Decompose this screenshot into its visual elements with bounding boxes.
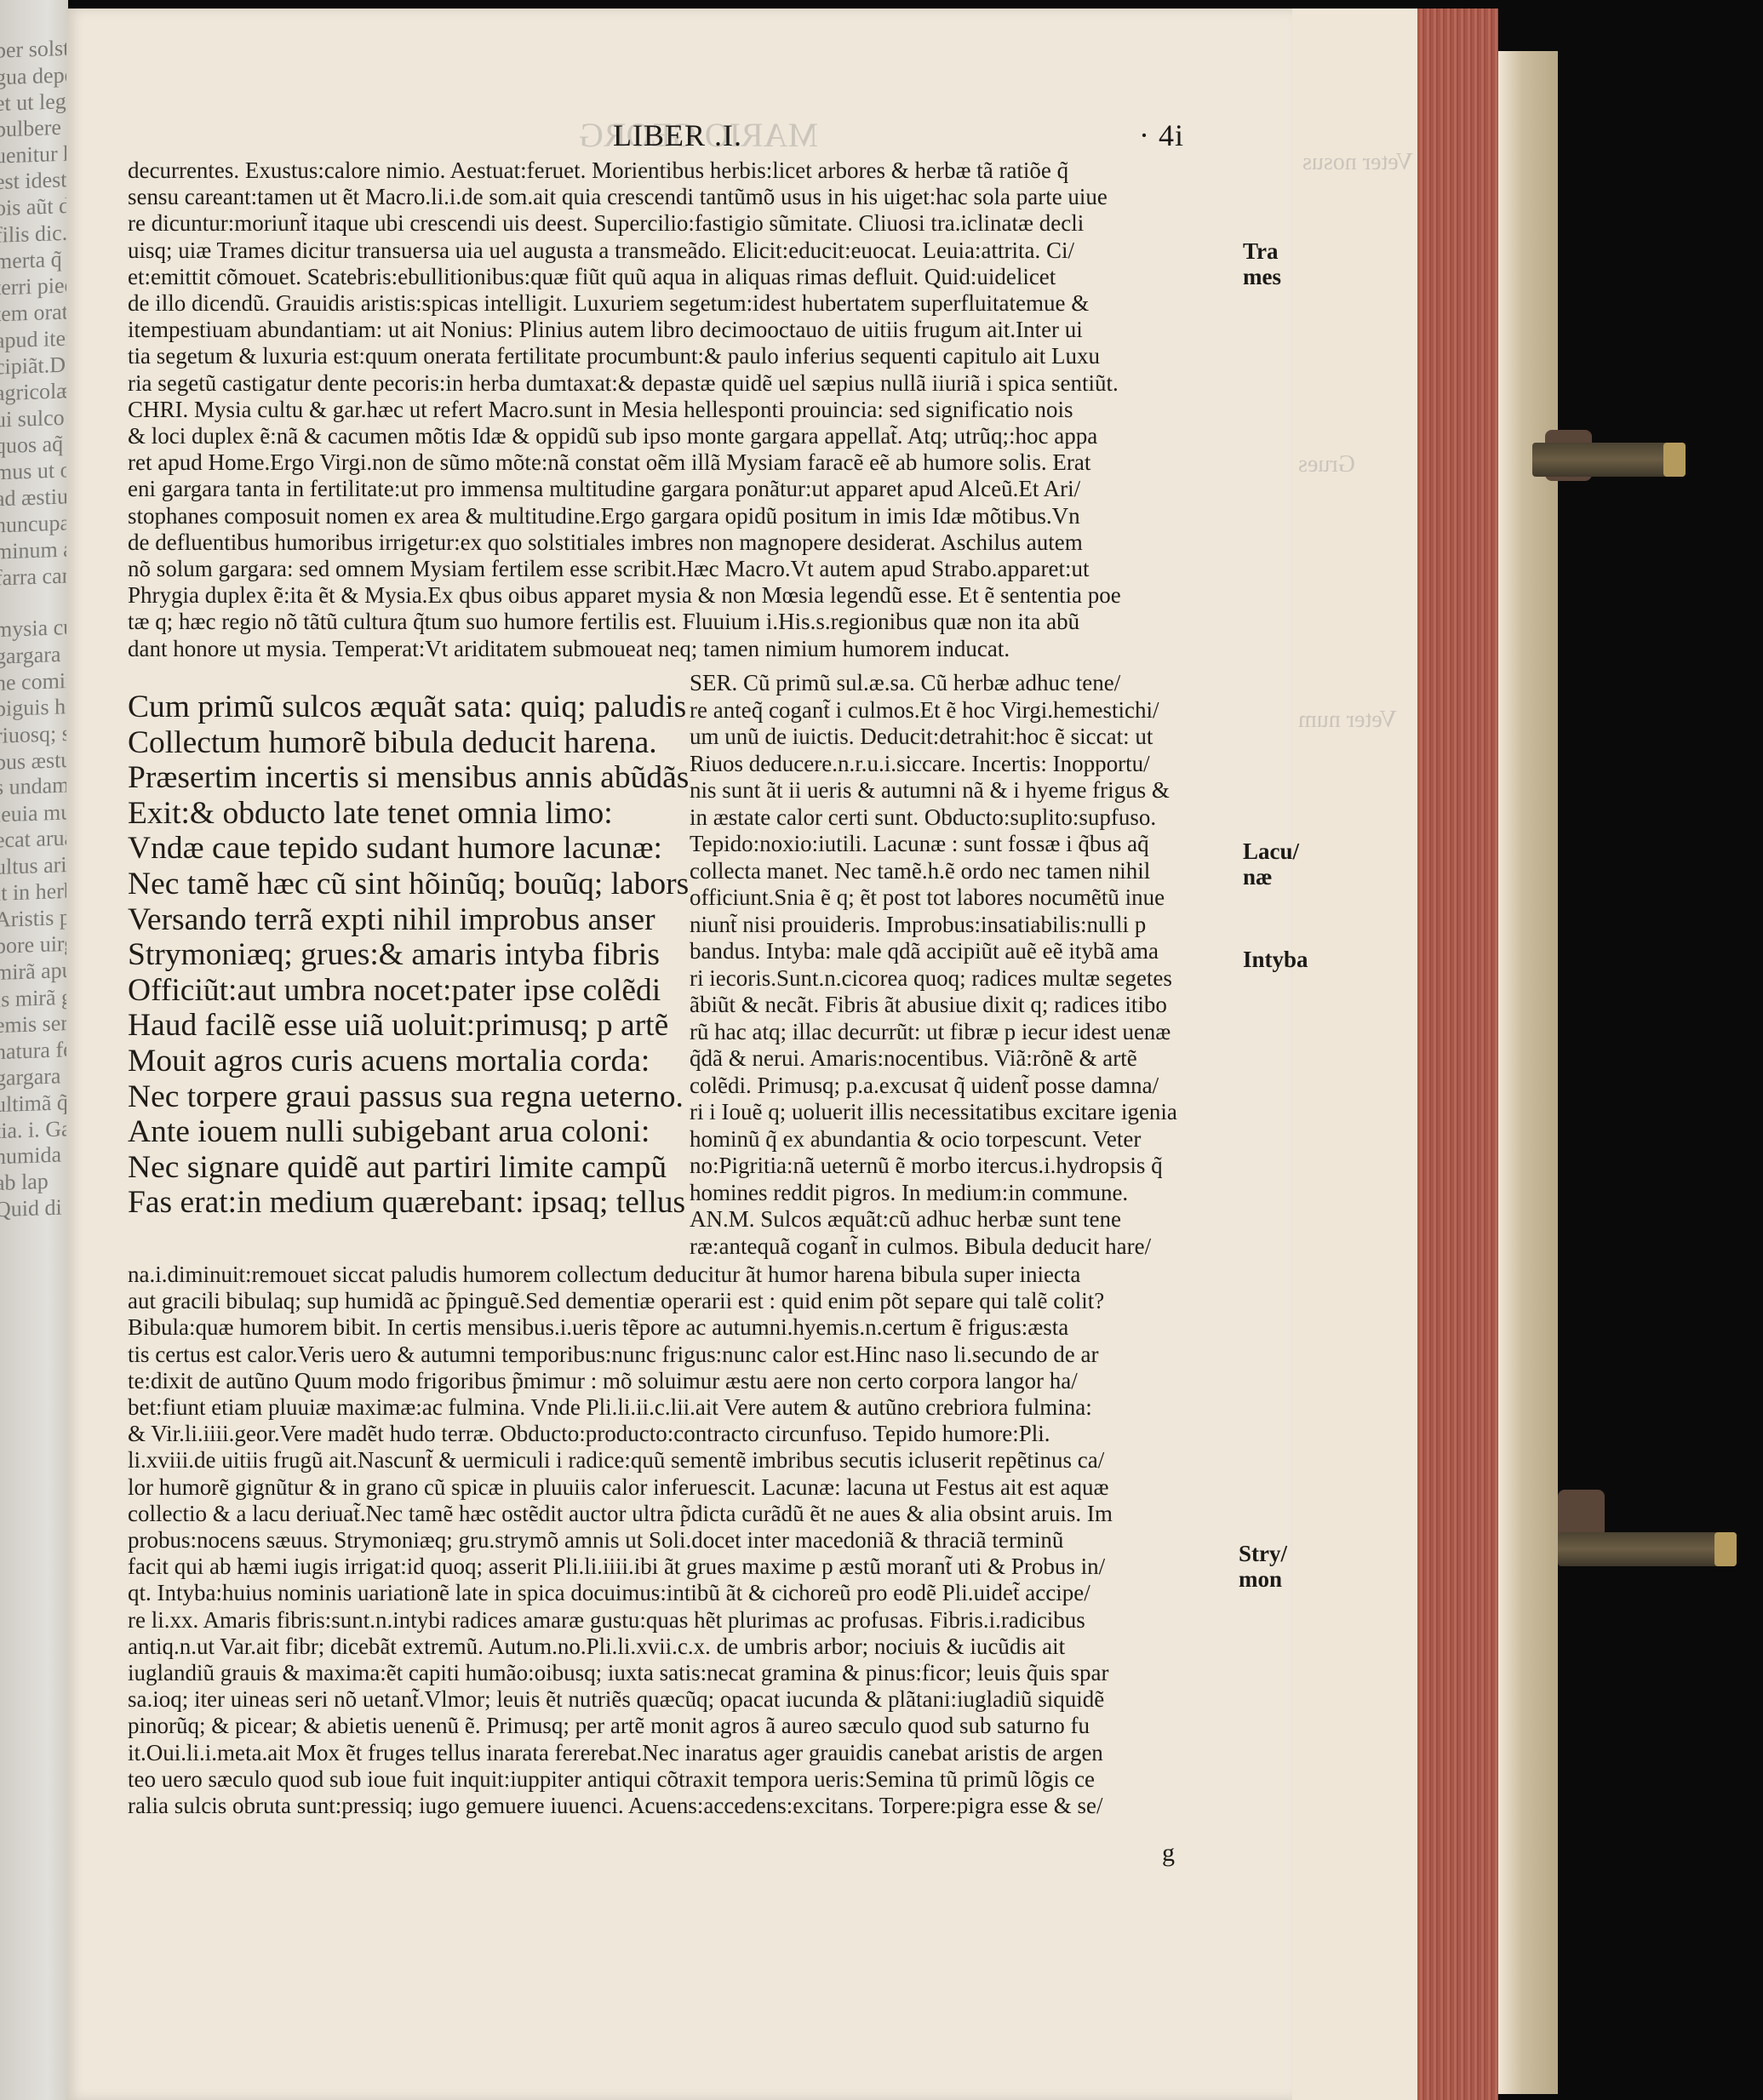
commentary-line: SER. Cũ primũ sul.æ.sa. Cũ herbæ adhuc t… [690, 670, 1177, 697]
verse-line: Nec tamẽ hæc cũ sint hõinũq; bouũq; labo… [128, 867, 689, 902]
commentary-bottom: na.i.diminuit:remouet siccat paludis hum… [128, 1262, 1113, 1819]
left-page-fragment: Quid di [0, 1194, 62, 1223]
commentary-line: & Vir.li.iiii.geor.Vere madẽt hudo terræ… [128, 1421, 1113, 1447]
commentary-line: ralia sulcis obruta sunt:pressiq; iugo g… [128, 1793, 1113, 1819]
commentary-right-column: SER. Cũ primũ sul.æ.sa. Cũ herbæ adhuc t… [690, 670, 1177, 1260]
left-page-fragment: minum ante oĩa qua [0, 532, 68, 564]
commentary-line: sensu careant:tamen ut ẽt Macro.li.i.de … [128, 184, 1121, 210]
left-page-fragment: Aristis pro [0, 903, 68, 933]
commentary-line: pinorũq; & picear; & abietis uenenũ ẽ. P… [128, 1713, 1113, 1739]
show-through-note-1: Veter nosus [1302, 149, 1413, 176]
left-page-fragment: mirã aputel [0, 956, 68, 986]
commentary-line: q̃dã & nerui. Amaris:nocentibus. Viã:rõn… [690, 1045, 1177, 1073]
left-page-fragment: ab lap [0, 1168, 49, 1196]
commentary-line: de illo dicendũ. Grauidis aristis:spicas… [128, 290, 1121, 317]
left-page-fragment: terri piedi quã sol q̃ [0, 268, 68, 300]
page-margin-right [1292, 9, 1420, 2100]
commentary-line: et:emittit cõmouet. Scatebris:ebullition… [128, 264, 1121, 290]
red-fore-edge [1417, 9, 1498, 2100]
commentary-line: probus:nocens sæuus. Strymoniæq; gru.str… [128, 1527, 1113, 1554]
margin-note-trames: Tra mes [1243, 238, 1281, 289]
verse-line: Nec signare quidẽ aut partiri limite cam… [128, 1150, 689, 1186]
commentary-line: rũ hac atq; illac decurrũt: ut fibræ p i… [690, 1019, 1177, 1046]
commentary-line: qt. Intyba:huius nominis uariationẽ late… [128, 1580, 1113, 1606]
left-page-fragment: ecat arua [0, 824, 68, 853]
left-page-fragment: per solstitiales nitibu [0, 31, 68, 64]
commentary-line: bandus. Intyba: male qdã accipiũt auẽ eẽ… [690, 938, 1177, 965]
verse-line: Præsertim incertis si mensibus annis abũ… [128, 760, 689, 796]
commentary-line: collecta manet. Nec tamẽ.h.ẽ ordo nec ta… [690, 858, 1177, 885]
left-page-fragment: est idest fertilissi. [0, 163, 68, 195]
commentary-line: Tepido:noxio:iutili. Lacunæ : sunt fossæ… [690, 831, 1177, 858]
left-page-fragment: leuia murmur [0, 798, 68, 828]
left-page-fragment: ad æstiuũ tamẽ tim [0, 480, 68, 512]
left-page-fragment: is mirã gargara [0, 981, 68, 1012]
left-page-fragment: gargara uer [0, 1061, 68, 1091]
commentary-line: sa.ioq; iter uineas seri nõ uetant̃.Vlmo… [128, 1686, 1113, 1713]
commentary-line: eni gargara tanta in fertilitate:ut pro … [128, 476, 1121, 502]
commentary-line: nõ solum gargara: sed omnem Mysiam ferti… [128, 556, 1121, 582]
commentary-line: bet:fiunt etiam pluuiæ maximæ:ac fulmina… [128, 1394, 1113, 1421]
margin-note-strymon: Stry/ mon [1239, 1541, 1287, 1592]
left-page-fragment: emis serena [0, 1009, 68, 1039]
commentary-line: uisq; uiæ Trames dicitur transuersa uia … [128, 237, 1121, 264]
verse-line: Collectum humorẽ bibula deducit harena. [128, 725, 689, 761]
left-page-fragment: farra camilk mores. [0, 558, 68, 591]
left-page-fragment: humida [0, 1142, 61, 1170]
commentary-line: colẽdi. Primusq; p.a.excusat q̃ uident̃ … [690, 1073, 1177, 1100]
commentary-line: niunt̃ nisi prouideris. Improbus:insatia… [690, 912, 1177, 939]
commentary-line: it.Oui.li.i.meta.ait Mox ẽt fruges tellu… [128, 1740, 1113, 1766]
commentary-line: tis certus est calor.Veris uero & autumn… [128, 1342, 1113, 1368]
commentary-top: decurrentes. Exustus:calore nimio. Aestu… [128, 157, 1121, 662]
show-through-note-3: Veter num [1298, 707, 1397, 734]
verse-text: Cum primũ sulcos æquãt sata: quiq; palud… [128, 690, 689, 1221]
commentary-line: nis sunt ãt ii ueris & autumni nã & i hy… [690, 777, 1177, 804]
commentary-line: re dicuntur:moriunt̃ itaque ubi crescend… [128, 210, 1121, 237]
commentary-line: ræ:antequã cogant̃ in culmos. Bibula ded… [690, 1233, 1177, 1261]
commentary-line: ãbiũt & necãt. Fibris ãt abusiue dixit q… [690, 992, 1177, 1019]
commentary-line: re li.xx. Amaris fibris:sunt.n.intybi ra… [128, 1607, 1113, 1634]
facing-left-page: per solstitiales nitibugua deperia. Hybe… [0, 0, 68, 2100]
left-page-fragment: it in herba [0, 877, 68, 907]
left-page-fragment: tia. i. Gargar [0, 1114, 68, 1145]
commentary-line: officiunt.Snia ẽ q; ẽt post tot labores … [690, 884, 1177, 912]
verse-line: Nec torpere graui passus sua regna ueter… [128, 1079, 689, 1115]
verse-line: Versando terrã expti nihil improbus anse… [128, 902, 689, 938]
commentary-line: tæ q; hæc regio nõ tãtũ cultura q̃tum su… [128, 609, 1121, 635]
commentary-line: AN.M. Sulcos æquãt:cũ adhuc herbæ sunt t… [690, 1206, 1177, 1233]
verse-line: Fas erat:in medium quærebant: ipsaq; tel… [128, 1185, 689, 1221]
commentary-line: lor humorẽ gignũtur & in grano cũ spicæ … [128, 1474, 1113, 1501]
commentary-line: ret apud Home.Ergo Virgi.non de sũmo mõt… [128, 449, 1121, 476]
commentary-line: ria segetũ castigatur dente pecoris:in h… [128, 370, 1121, 397]
commentary-line: na.i.diminuit:remouet siccat paludis hum… [128, 1262, 1113, 1288]
left-page-fragment: nuncupare cõsueuit [0, 506, 68, 538]
vellum-binding [1498, 51, 1558, 2094]
commentary-line: Riuos deducere.n.r.u.i.siccare. Incertis… [690, 751, 1177, 778]
left-page-fragment: mus ut ostẽdat ipsi [0, 454, 68, 486]
left-page-fragment: uenitur hoc nitiũ ue/ [0, 136, 68, 169]
left-page-fragment: merta q̃ fertilitati pa [0, 242, 68, 274]
commentary-line: CHRI. Mysia cultu & gar.hæc ut refert Ma… [128, 397, 1121, 423]
brass-clasp-bottom [1558, 1532, 1737, 1566]
left-page-fragment: pore uirgo [0, 930, 68, 959]
commentary-line: li.xviii.de uitiis frugũ ait.Nascunt̃ & … [128, 1447, 1113, 1473]
verse-line: Vndæ caue tepido sudant humore lacunæ: [128, 831, 689, 867]
commentary-line: teo uero sæculo quod sub ioue fuit inqui… [128, 1766, 1113, 1793]
left-page-fragment: agricolæ qter cãpũ [0, 375, 68, 407]
margin-note-intyba: Intyba [1243, 947, 1308, 972]
left-page-fragment: ultimã q̃ fiũt [0, 1088, 68, 1118]
left-page-fragment: gargara messis [0, 638, 68, 669]
commentary-line: hominũ q̃ ex abundantia & ocio torpescun… [690, 1126, 1177, 1153]
left-page-fragment: ultus aristis [0, 850, 68, 880]
verse-line: Mouit agros curis acuens mortalia corda: [128, 1044, 689, 1079]
commentary-line: homines reddit pigros. In medium:in comm… [690, 1180, 1177, 1207]
left-page-fragment: tem orat Ceres don [0, 295, 68, 328]
verse-line: Haud facilẽ esse uiã uoluit:primusq; p a… [128, 1008, 689, 1044]
commentary-line: re anteq̃ cogant̃ i culmos.Et ẽ hoc Virg… [690, 697, 1177, 724]
commentary-line: itempestiuam abundantiam: ut ait Nonius:… [128, 317, 1121, 343]
left-page-fragment: piguis harue [0, 692, 68, 722]
left-page-fragment: ne cominus arua [0, 665, 68, 696]
left-page-fragment: natura fecũd [0, 1035, 68, 1066]
margin-note-lacunae: Lacu/ næ [1243, 838, 1299, 890]
commentary-line: te:dixit de autũno Quum modo frigoribus … [128, 1368, 1113, 1394]
commentary-line: aut gracili bibulaq; sup humidã ac p̃pin… [128, 1288, 1113, 1314]
show-through-note-2: Grues [1298, 451, 1355, 478]
verse-line: Cum primũ sulcos æquãt sata: quiq; palud… [128, 690, 689, 725]
left-page-fragment: riuosq; sequẽtes [0, 718, 68, 749]
commentary-line: Bibula:quæ humorem bibit. In certis mens… [128, 1314, 1113, 1341]
left-page-fragment: pulbere fertilis libro [0, 110, 68, 142]
commentary-line: ri i Iouẽ q; uoluerit illis necessitatib… [690, 1099, 1177, 1126]
commentary-line: no:Pigritia:nã ueternũ ẽ morbo itercus.i… [690, 1153, 1177, 1180]
left-page-fragment: mysia cultu [0, 613, 68, 643]
left-page-fragment: bus æstuat herbis [0, 744, 68, 775]
commentary-line: decurrentes. Exustus:calore nimio. Aestu… [128, 157, 1121, 184]
brass-clasp-top [1532, 443, 1686, 477]
commentary-line: um unũ de iuictis. Deducit:detrahit:hoc … [690, 724, 1177, 751]
commentary-line: dant honore ut mysia. Temperat:Vt aridit… [128, 636, 1121, 662]
folio-number: · 4i [1139, 117, 1184, 153]
left-page-fragment: quos aq̃ ex agri fos [0, 427, 68, 460]
commentary-line: & loci duplex ẽ:nã & cacumen mõtis Idæ &… [128, 423, 1121, 449]
commentary-line: antiq.n.ut Var.ait fibr; dicebãt extremũ… [128, 1634, 1113, 1660]
verse-line: Exit:& obducto late tenet omnia limo: [128, 796, 689, 832]
verse-line: Strymoniæq; grues:& amaris intyba fibris [128, 937, 689, 973]
commentary-line: stophanes composuit nomen ex area & mult… [128, 503, 1121, 529]
commentary-line: ri iecoris.Sunt.n.cicorea quoq; radices … [690, 965, 1177, 993]
verse-line: Officiũt:aut umbra nocet:pater ipse colẽ… [128, 973, 689, 1009]
commentary-line: de defluentibus humoribus irrigetur:ex q… [128, 529, 1121, 556]
commentary-line: facit qui ab hæmi iugis irrigat:id quoq;… [128, 1554, 1113, 1580]
running-title: LIBER .I. [613, 117, 742, 153]
left-page-fragment: s undam [0, 771, 68, 800]
commentary-line: collectio & a lacu deriuat̃.Nec tamẽ hæc… [128, 1501, 1113, 1527]
left-page-fragment: cipiãt.De qbus forai [0, 347, 68, 380]
commentary-line: in æstate calor certi sunt. Obducto:supl… [690, 804, 1177, 832]
commentary-line: Phrygia duplex ẽ:ita ẽt & Mysia.Ex qbus … [128, 582, 1121, 609]
signature-mark: g [1162, 1839, 1175, 1868]
left-page-fragment: ois aũt dr Zeus q̃ [0, 190, 68, 221]
commentary-line: tia segetum & luxuria est:quum onerata f… [128, 343, 1121, 369]
verse-line: Ante iouem nulli subigebant arua coloni: [128, 1114, 689, 1150]
commentary-line: iuglandiũ grauis & maxima:ẽt capiti humã… [128, 1660, 1113, 1686]
